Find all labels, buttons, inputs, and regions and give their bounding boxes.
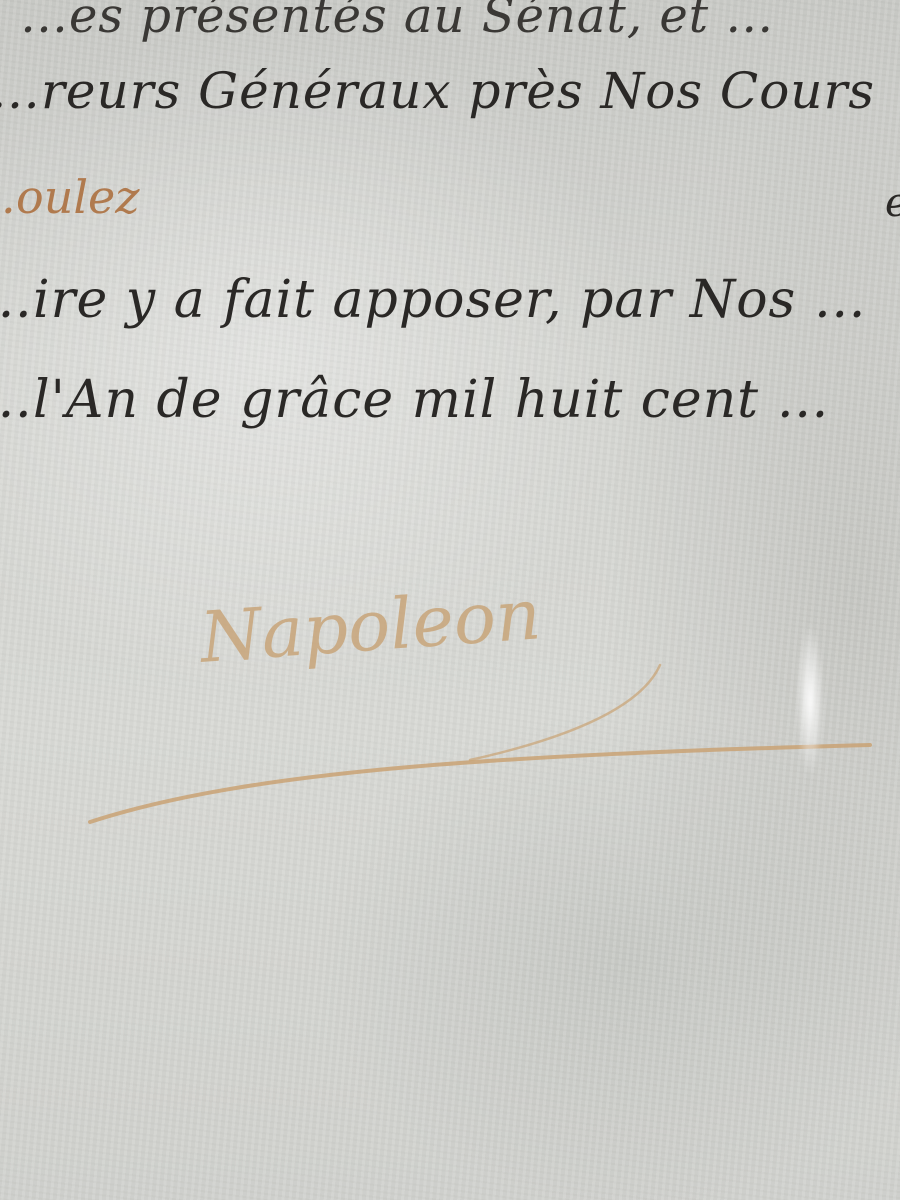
glass-reflection	[790, 590, 830, 810]
signature-flourish-icon	[0, 0, 900, 1200]
